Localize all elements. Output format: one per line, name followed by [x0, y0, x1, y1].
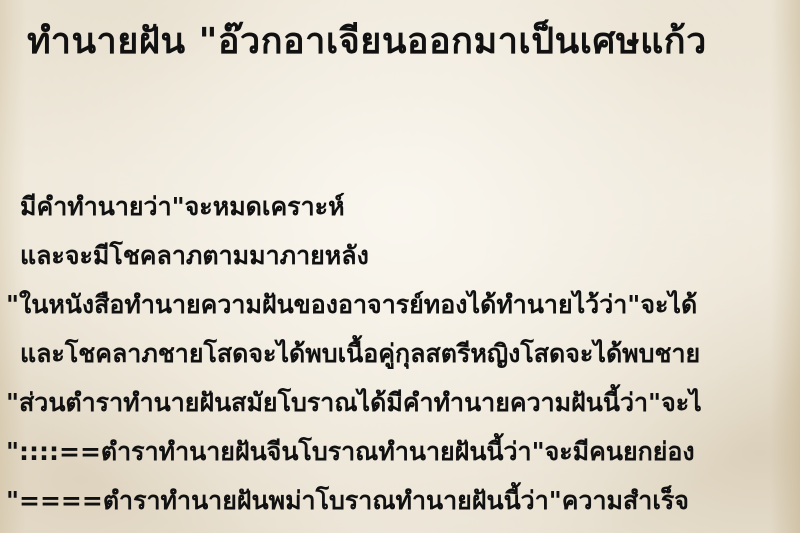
prediction-line: มีคำทำนายว่า"จะหมดเคราะห์ [20, 190, 345, 224]
prediction-line: และจะมีโชคลาภตามมาภายหลัง [20, 239, 369, 273]
prediction-line: "ในหนังสือทำนายความฝันของอาจารย์ทองได้ทำ… [6, 288, 697, 322]
page-title: ทำนายฝัน "อ๊วกอาเจียนออกมาเป็นเศษแก้ว [27, 12, 707, 69]
prediction-line: "::::==ตำราทำนายฝันจีนโบราณทำนายฝันนี้ว่… [6, 435, 695, 469]
prediction-line: "====ตำราทำนายฝันพม่าโบราณทำนายฝันนี้ว่า… [6, 484, 689, 518]
prediction-line: "ส่วนตำราทำนายฝันสมัยโบราณได้มีคำทำนายคว… [6, 386, 702, 420]
prediction-line: และโชคลาภชายโสดจะได้พบเนื้อคู่กุลสตรีหญิ… [20, 337, 700, 371]
